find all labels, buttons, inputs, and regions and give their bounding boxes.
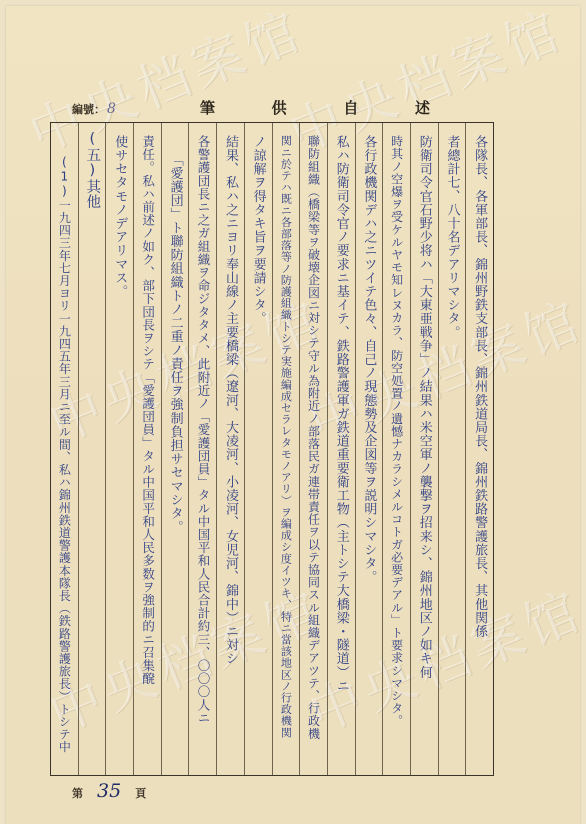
title-char: 自: [343, 97, 358, 118]
column-text: 責任。私ハ前述ノ如ク、部下団長ヲシテ「愛護団員」タル中国平和人民多数ヲ強制的ニ召…: [141, 135, 154, 685]
text-column: 時其ノ空爆ヲ受ケルヤモ知レヌカラ、防空処置ノ遺憾ナカラシメルコトガ必要デアル」ト…: [382, 123, 410, 775]
column-text: 結果、私ハ之ニヨリ奉山線ノ主要橋梁（遼河、大凌河、小凌河、女児河、錦中）ニ対シ: [224, 135, 237, 665]
column-text: 各行政機関デハ之ニツイテ色々、自己ノ現態勢及企図等ヲ説明シマシタ。: [362, 135, 375, 584]
column-text: 防衛司令官石野少将ハ「大東亜戦争」ノ結果ハ米空軍ノ襲撃ヲ招来シ、錦州地区ノ如キ何: [418, 135, 431, 679]
column-text: 使サセタモノデアリマス。: [113, 135, 126, 298]
column-text: 各警護団長ニ之ガ組織ヲ命ジタタメ、此附近ノ「愛護団員」タル中国平和人民合計約三、…: [197, 135, 210, 725]
title-char: 供: [272, 97, 287, 118]
text-column: 使サセタモノデアリマス。: [105, 123, 133, 775]
title-char: 述: [415, 97, 430, 118]
column-text: 者總計七、八十名デアリマシタ。: [445, 135, 458, 339]
serial-value: 8: [107, 101, 116, 117]
text-column: 聯防組織（橋梁等ヲ破壊企図ニ対シテ守ル為附近ノ部落民ガ連帯責任ヲ以テ協同スル組織…: [299, 123, 327, 775]
column-text: (1)一九四三年七月ヨリ一九四五年三月ニ至ル間、私ハ錦州鉄道警護本隊長（鉄路警護…: [58, 155, 70, 753]
page-title: 筆 供 自 述: [200, 97, 430, 118]
page-number-value: 35: [97, 780, 121, 802]
text-column: ノ諒解ヲ得タキ旨ヲ要請シタ。: [244, 123, 272, 775]
serial-label: 編號：: [72, 103, 105, 116]
serial-number: 編號：8: [72, 101, 116, 117]
text-column: 各行政機関デハ之ニツイテ色々、自己ノ現態勢及企図等ヲ説明シマシタ。: [355, 123, 383, 775]
writing-grid: 各隊長、各軍部長、錦州野鉄支部長、錦州鉄道局長、錦州鉄路警護旅長、其他関係 者總…: [50, 122, 494, 776]
column-text: 関ニ於テハ既ニ各部落等ノ防護組織トシテ実施編成セラレタモノアリ）ヲ編成シ度イツキ…: [280, 135, 291, 738]
text-column: (1)一九四三年七月ヨリ一九四五年三月ニ至ル間、私ハ錦州鉄道警護本隊長（鉄路警護…: [51, 123, 78, 775]
column-text: 各隊長、各軍部長、錦州野鉄支部長、錦州鉄道局長、錦州鉄路警護旅長、其他関係: [473, 135, 486, 638]
text-column: 各隊長、各軍部長、錦州野鉄支部長、錦州鉄道局長、錦州鉄路警護旅長、其他関係: [465, 123, 493, 775]
column-text: 「愛護団」ト聯防組織トノ二重ノ責任ヲ強制負担サセマシタ。: [169, 153, 182, 534]
text-column: 者總計七、八十名デアリマシタ。: [438, 123, 466, 775]
text-column: 各警護団長ニ之ガ組織ヲ命ジタタメ、此附近ノ「愛護団員」タル中国平和人民合計約三、…: [188, 123, 216, 775]
text-column: 防衛司令官石野少将ハ「大東亜戦争」ノ結果ハ米空軍ノ襲撃ヲ招来シ、錦州地区ノ如キ何: [410, 123, 438, 775]
text-column: 関ニ於テハ既ニ各部落等ノ防護組織トシテ実施編成セラレタモノアリ）ヲ編成シ度イツキ…: [272, 123, 300, 775]
text-column: (五)其他: [78, 123, 106, 775]
column-text: 聯防組織（橋梁等ヲ破壊企図ニ対シテ守ル為附近ノ部落民ガ連帯責任ヲ以テ協同スル組織…: [308, 135, 320, 740]
text-column: 私ハ防衛司令官ノ要求ニ基イテ、鉄路警護軍ガ鉄道重要衛工物（主トシテ大橋梁・隧道）…: [327, 123, 355, 775]
column-text: ノ諒解ヲ得タキ旨ヲ要請シタ。: [252, 135, 265, 325]
text-column: 結果、私ハ之ニヨリ奉山線ノ主要橋梁（遼河、大凌河、小凌河、女児河、錦中）ニ対シ: [216, 123, 244, 775]
column-text: 私ハ防衛司令官ノ要求ニ基イテ、鉄路警護軍ガ鉄道重要衛工物（主トシテ大橋梁・隧道）…: [335, 135, 348, 693]
text-column: 「愛護団」ト聯防組織トノ二重ノ責任ヲ強制負担サセマシタ。: [161, 123, 189, 775]
section-heading: (五)其他: [85, 131, 100, 210]
page-prefix: 第: [72, 785, 83, 801]
title-char: 筆: [200, 97, 215, 118]
page-suffix: 頁: [135, 785, 146, 801]
column-text: 時其ノ空爆ヲ受ケルヤモ知レヌカラ、防空処置ノ遺憾ナカラシメルコトガ必要デアル」ト…: [391, 135, 403, 727]
page-number: 第 35 頁: [72, 780, 146, 802]
text-column: 責任。私ハ前述ノ如ク、部下団長ヲシテ「愛護団員」タル中国平和人民多数ヲ強制的ニ召…: [133, 123, 161, 775]
